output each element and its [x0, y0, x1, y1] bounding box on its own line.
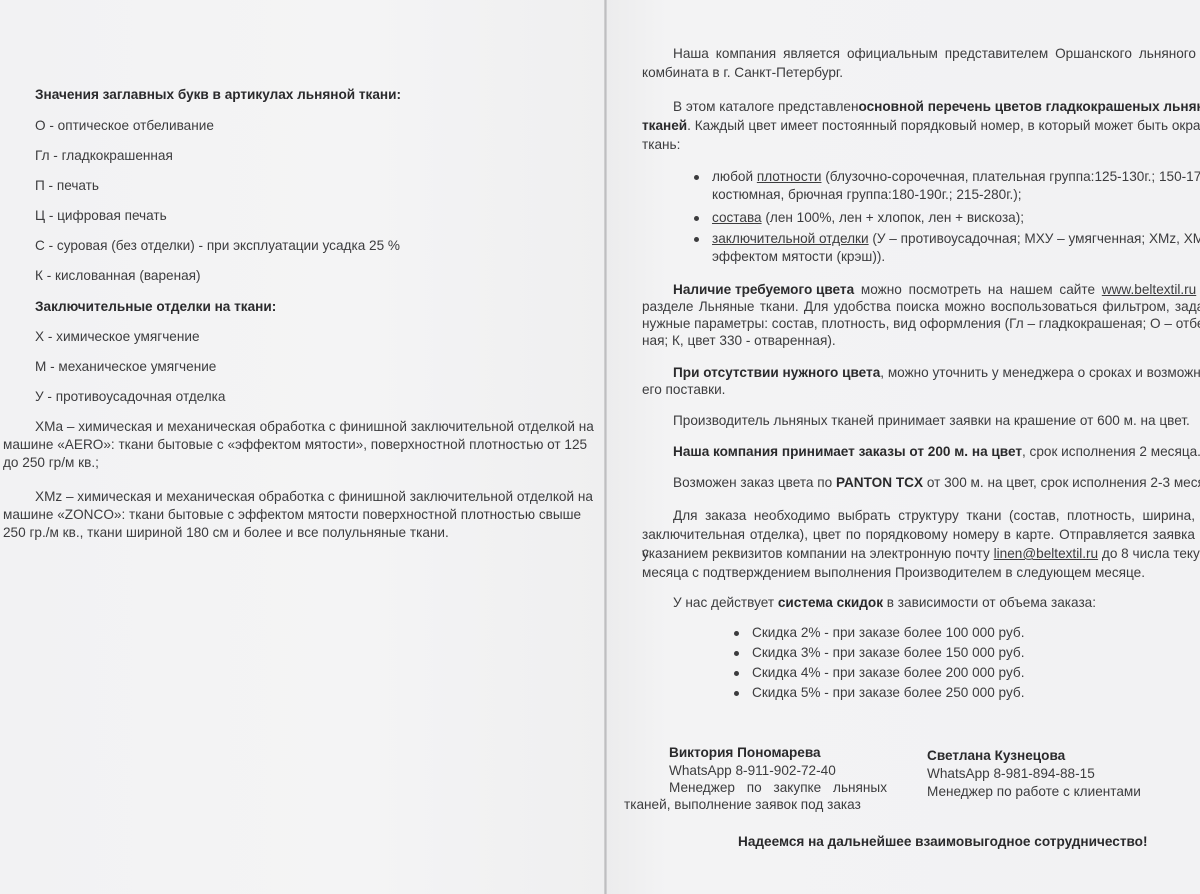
letter-item: К - кислованная (вареная) [35, 267, 201, 285]
discount-item: Скидка 5% - при заказе более 250 000 руб… [752, 684, 1024, 702]
company-orders-note: Наша компания принимает заказы от 200 м.… [673, 443, 1200, 461]
contact-name: Светлана Кузнецова [927, 747, 1065, 765]
criteria-item: заключительной отделки (У – противоусадо… [712, 230, 1200, 248]
letter-item: Гл - гладкокрашенная [35, 147, 173, 165]
discount-intro: У нас действует система скидок в зависим… [673, 594, 1096, 612]
panton-note: Возможен заказ цвета по PANTON TCX от 30… [673, 474, 1200, 492]
discount-item: Скидка 4% - при заказе более 200 000 руб… [752, 664, 1024, 682]
website-link[interactable]: www.beltextil.ru [1102, 282, 1196, 297]
finishes-heading: Заключительные отделки на ткани: [35, 298, 276, 316]
contact-name: Виктория Пономарева [669, 744, 821, 762]
discount-item: Скидка 3% - при заказе более 150 000 руб… [752, 644, 1024, 662]
letters-heading: Значения заглавных букв в артикулах льня… [35, 86, 401, 104]
manufacturer-note: Производитель льняных тканей принимает з… [673, 412, 1190, 430]
letter-item: П - печать [35, 177, 99, 195]
right-page: Наша компания является официальным предс… [607, 0, 1200, 894]
discount-item: Скидка 2% - при заказе более 100 000 руб… [752, 624, 1024, 642]
letter-item: О - оптическое отбеливание [35, 117, 214, 135]
contact-phone: WhatsApp 8-981-894-88-15 [927, 765, 1095, 783]
letter-item: С - суровая (без отделки) - при эксплуат… [35, 237, 400, 255]
closing-line: Надеемся на дальнейшее взаимовыгодное со… [738, 833, 1147, 851]
finish-item: Х - химическое умягчение [35, 328, 200, 346]
letter-item: Ц - цифровая печать [35, 207, 167, 225]
finish-item: М - механическое умягчение [35, 358, 216, 376]
contact-phone: WhatsApp 8-911-902-72-40 [669, 762, 836, 780]
email-link[interactable]: linen@beltextil.ru [994, 546, 1098, 561]
finish-item: У - противоусадочная отделка [35, 388, 226, 406]
left-page: Значения заглавных букв в артикулах льня… [0, 0, 605, 894]
criteria-item: состава (лен 100%, лен + хлопок, лен + в… [712, 209, 1024, 227]
criteria-item: любой плотности (блузочно-сорочечная, пл… [712, 168, 1200, 186]
